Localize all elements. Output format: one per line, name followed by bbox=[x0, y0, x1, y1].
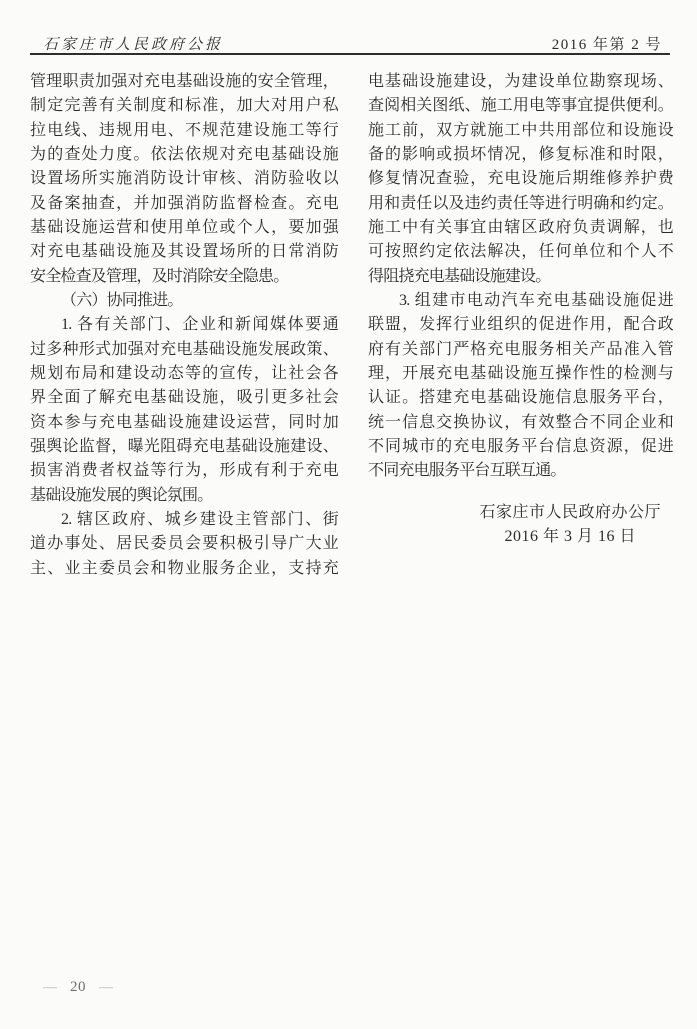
right-line-6: 用和责任以及违约责任等进行明确和约定。 bbox=[368, 192, 673, 216]
left-line-1: 管理职责加强对充电基础设施的安全管理， bbox=[30, 70, 338, 94]
left-line-16: 强舆论监督，曝光阻碍充电基础设施建设、 bbox=[30, 435, 338, 459]
left-line-20: 道办事处、居民委员会要积极引导广大业 bbox=[30, 532, 338, 556]
footer: — 20 — bbox=[43, 979, 113, 996]
signature-office: 石家庄市人民政府办公厅 bbox=[368, 501, 673, 525]
left-line-11: 1. 各有关部门、企业和新闻媒体要通 bbox=[30, 313, 338, 337]
left-line-21: 主、业主委员会和物业服务企业，支持充 bbox=[30, 557, 338, 581]
signature-date: 2016 年 3 月 16 日 bbox=[368, 525, 673, 549]
right-line-11: 联盟，发挥行业组织的促进作用，配合政 bbox=[368, 313, 673, 337]
gazette-title: 石家庄市人民政府公报 bbox=[43, 33, 223, 54]
right-line-18 bbox=[368, 484, 673, 501]
left-line-13: 规划布局和建设动态等的宣传，让社会各 bbox=[30, 362, 338, 386]
left-line-4: 为的查处力度。依法依规对充电基础设施 bbox=[30, 143, 338, 167]
left-line-18: 基础设施发展的舆论氛围。 bbox=[30, 484, 338, 508]
page-header: 石家庄市人民政府公报 2016 年第 2 号 bbox=[43, 33, 662, 54]
left-line-8: 对充电基础设施及其设置场所的日常消防 bbox=[30, 240, 338, 264]
left-column: 管理职责加强对充电基础设施的安全管理，制定完善有关制度和标准，加大对用户私拉电线… bbox=[30, 70, 338, 581]
footer-dash-right: — bbox=[99, 980, 113, 996]
left-line-2: 制定完善有关制度和标准，加大对用户私 bbox=[30, 94, 338, 118]
issue-number: 2016 年第 2 号 bbox=[552, 33, 662, 54]
right-column: 电基础设施建设，为建设单位勘察现场、查阅相关图纸、施工用电等事宜提供便利。施工前… bbox=[368, 70, 673, 549]
right-line-10: 3. 组建市电动汽车充电基础设施促进 bbox=[368, 289, 673, 313]
left-line-9: 安全检查及管理，及时消除安全隐患。 bbox=[30, 265, 338, 289]
right-line-4: 备的影响或损坏情况，修复标准和时限， bbox=[368, 143, 673, 167]
footer-dash-left: — bbox=[43, 980, 57, 996]
right-line-13: 理，开展充电基础设施互操作性的检测与 bbox=[368, 362, 673, 386]
right-line-7: 施工中有关事宜由辖区政府负责调解，也 bbox=[368, 216, 673, 240]
right-line-5: 修复情况查验，充电设施后期维修养护费 bbox=[368, 167, 673, 191]
right-line-17: 不同充电服务平台互联互通。 bbox=[368, 459, 673, 483]
right-line-12: 府有关部门严格充电服务相关产品准入管 bbox=[368, 338, 673, 362]
right-line-8: 可按照约定依法解决，任何单位和个人不 bbox=[368, 240, 673, 264]
left-line-3: 拉电线、违规用电、不规范建设施工等行 bbox=[30, 119, 338, 143]
left-line-7: 基础设施运营和使用单位或个人，要加强 bbox=[30, 216, 338, 240]
left-line-19: 2. 辖区政府、城乡建设主管部门、街 bbox=[30, 508, 338, 532]
right-line-14: 认证。搭建充电基础设施信息服务平台， bbox=[368, 386, 673, 410]
page-number: 20 bbox=[70, 979, 86, 996]
section-heading: （六）协同推进。 bbox=[30, 289, 338, 313]
right-line-3: 施工前，双方就施工中共用部位和设施设 bbox=[368, 119, 673, 143]
header-rule bbox=[30, 53, 670, 55]
left-line-14: 界全面了解充电基础设施，吸引更多社会 bbox=[30, 386, 338, 410]
right-line-2: 查阅相关图纸、施工用电等事宜提供便利。 bbox=[368, 94, 673, 118]
right-line-1: 电基础设施建设，为建设单位勘察现场、 bbox=[368, 70, 673, 94]
right-line-16: 不同城市的充电服务平台信息资源，促进 bbox=[368, 435, 673, 459]
right-line-15: 统一信息交换协议，有效整合不同企业和 bbox=[368, 411, 673, 435]
gazette-page: 石家庄市人民政府公报 2016 年第 2 号 管理职责加强对充电基础设施的安全管… bbox=[0, 0, 697, 1029]
left-line-5: 设置场所实施消防设计审核、消防验收以 bbox=[30, 167, 338, 191]
right-line-9: 得阻挠充电基础设施建设。 bbox=[368, 265, 673, 289]
left-line-17: 损害消费者权益等行为，形成有利于充电 bbox=[30, 459, 338, 483]
left-line-12: 过多种形式加强对充电基础设施发展政策、 bbox=[30, 338, 338, 362]
left-line-6: 及备案抽查，并加强消防监督检查。充电 bbox=[30, 192, 338, 216]
left-line-15: 资本参与充电基础设施建设运营，同时加 bbox=[30, 411, 338, 435]
